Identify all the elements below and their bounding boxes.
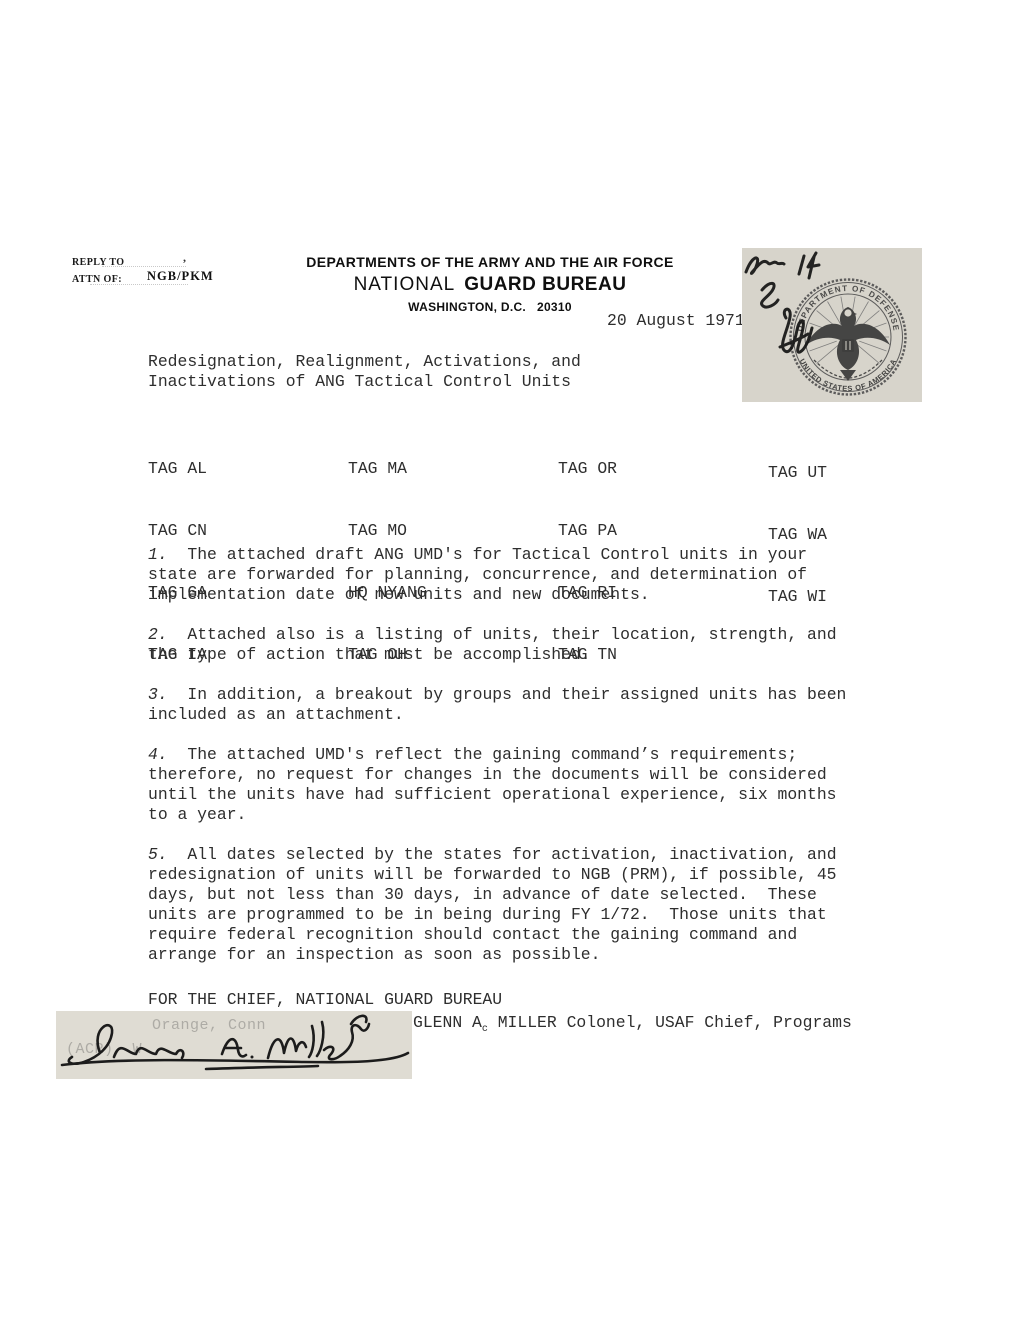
scanned-letter-page: REPLY TO ATTN OF: , NGB/PKM DEPARTMENTS …	[0, 0, 1020, 1320]
paragraph-text: Attached also is a listing of units, the…	[148, 625, 837, 664]
paragraph-number: 2.	[148, 625, 168, 644]
paragraph-text: The attached draft ANG UMD's for Tactica…	[148, 545, 807, 604]
addressee-item: TAG WA	[768, 525, 827, 546]
addressee-item: TAG PA	[558, 521, 617, 542]
paragraph-3: 3. In addition, a breakout by groups and…	[148, 685, 893, 725]
signer-name: GLENN A	[413, 1013, 482, 1032]
paragraph-number: 1.	[148, 545, 168, 564]
paragraph-text: In addition, a breakout by groups and th…	[148, 685, 846, 724]
paragraph-5: 5. All dates selected by the states for …	[148, 845, 893, 965]
letterhead: DEPARTMENTS OF THE ARMY AND THE AIR FORC…	[270, 254, 710, 314]
closing-line: FOR THE CHIEF, NATIONAL GUARD BUREAU	[148, 990, 502, 1010]
form-line	[90, 284, 188, 285]
bureau-word-national: NATIONAL	[354, 274, 456, 295]
addressee-column-4: TAG UT TAG WA TAG WI	[768, 422, 827, 649]
paragraph-number: 3.	[148, 685, 168, 704]
department-line: DEPARTMENTS OF THE ARMY AND THE AIR FORC…	[270, 254, 710, 270]
bureau-words-guard-bureau: GUARD BUREAU	[464, 274, 626, 295]
typed-signature-block: GLENN Ac MILLER Colonel, USAF Chief, Pro…	[413, 1013, 852, 1033]
bureau-line: NATIONALGUARD BUREAU	[270, 274, 710, 296]
addressee-item: TAG UT	[768, 463, 827, 484]
letter-date: 20 August 1971	[607, 311, 745, 331]
paragraph-text: All dates selected by the states for act…	[148, 845, 837, 964]
paragraph-1: 1. The attached draft ANG UMD's for Tact…	[148, 545, 893, 605]
signature-ink	[56, 1011, 412, 1079]
addressee-item: TAG MA	[348, 459, 427, 480]
office-symbol: NGB/PKM	[147, 269, 214, 284]
reply-to-attn-label: REPLY TO ATTN OF:	[72, 254, 124, 288]
stray-mark: ,	[183, 250, 186, 265]
paragraph-4: 4. The attached UMD's reflect the gainin…	[148, 745, 893, 825]
addressee-item: TAG OR	[558, 459, 617, 480]
paragraph-2: 2. Attached also is a listing of units, …	[148, 625, 893, 665]
dod-seal-stamp: DEPARTMENT OF DEFENSE UNITED STATES OF A…	[742, 248, 922, 402]
addressee-item: TAG AL	[148, 459, 207, 480]
paragraph-number: 4.	[148, 745, 168, 764]
signer-title: MILLER Colonel, USAF Chief, Programs	[488, 1013, 852, 1032]
addressee-item: TAG CN	[148, 521, 207, 542]
reply-to-line: REPLY TO	[72, 254, 124, 271]
paragraph-number: 5.	[148, 845, 168, 864]
attn-of-line: ATTN OF:	[72, 271, 124, 288]
addressee-item: TAG MO	[348, 521, 427, 542]
paragraph-text: The attached UMD's reflect the gaining c…	[148, 745, 837, 824]
form-line	[102, 266, 186, 267]
subject-block: Redesignation, Realignment, Activations,…	[148, 352, 581, 392]
